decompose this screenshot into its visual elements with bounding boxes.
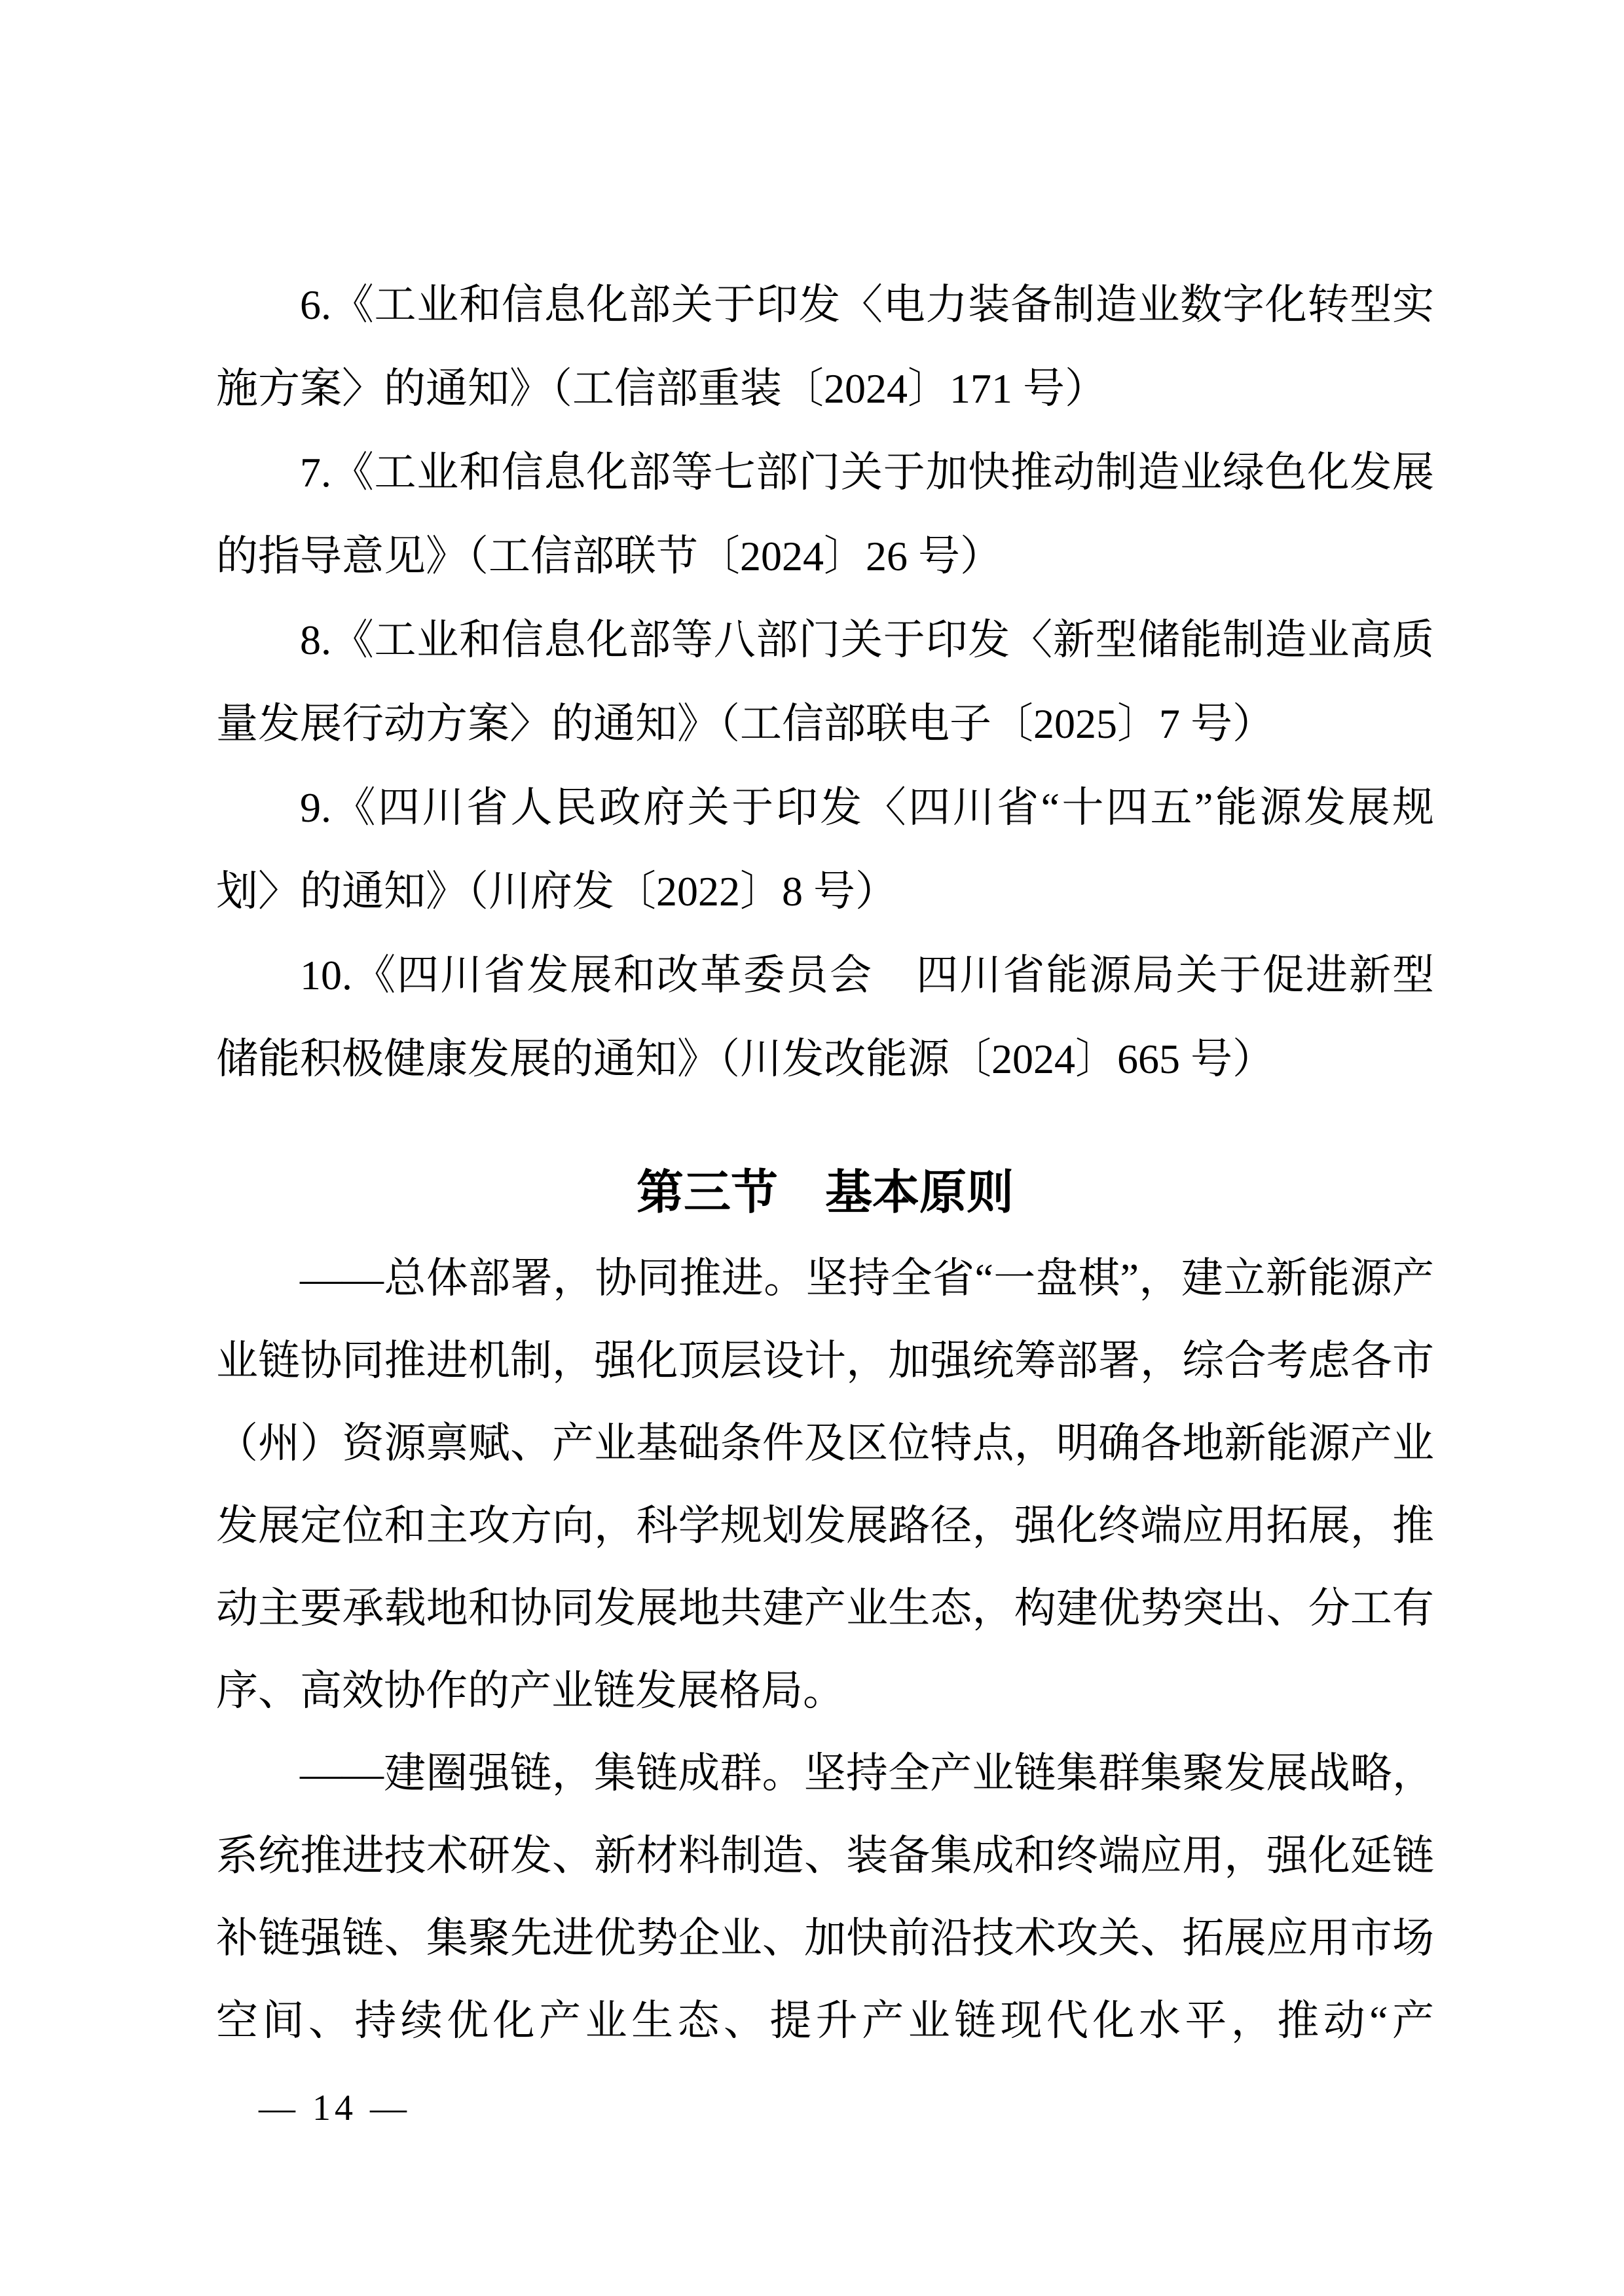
reference-text: 《四川省人民政府关于印发〈四川省“十四五”能源发展规划〉的通知》（川府发〔202…	[216, 784, 1434, 915]
section-heading: 第三节 基本原则	[216, 1165, 1434, 1220]
policy-paragraph: ——建圈强链，集链成群。坚持全产业链集群集聚发展战略，系统推进技术研发、新材料制…	[216, 1732, 1434, 2062]
reference-text: 《工业和信息化部关于印发〈电力装备制造业数字化转型实施方案〉的通知》（工信部重装…	[216, 282, 1434, 412]
reference-text: 《工业和信息化部等七部门关于加快推动制造业绿色化发展的指导意见》（工信部联节〔2…	[216, 449, 1434, 579]
reference-number: 7.	[300, 449, 331, 496]
reference-item: 7.《工业和信息化部等七部门关于加快推动制造业绿色化发展的指导意见》（工信部联节…	[216, 431, 1434, 598]
page-number: — 14 —	[259, 2088, 411, 2128]
reference-text: 《四川省发展和改革委员会 四川省能源局关于促进新型储能积极健康发展的通知》（川发…	[216, 952, 1434, 1082]
reference-number: 6.	[300, 282, 331, 328]
reference-item: 9.《四川省人民政府关于印发〈四川省“十四五”能源发展规划〉的通知》（川府发〔2…	[216, 766, 1434, 934]
reference-number: 8.	[300, 617, 331, 663]
reference-item: 10.《四川省发展和改革委员会 四川省能源局关于促进新型储能积极健康发展的通知》…	[216, 934, 1434, 1101]
document-page: 6.《工业和信息化部关于印发〈电力装备制造业数字化转型实施方案〉的通知》（工信部…	[0, 0, 1624, 2296]
reference-number: 9.	[300, 784, 331, 831]
reference-item: 8.《工业和信息化部等八部门关于印发〈新型储能制造业高质量发展行动方案〉的通知》…	[216, 598, 1434, 766]
reference-number: 10.	[300, 952, 352, 998]
reference-text: 《工业和信息化部等八部门关于印发〈新型储能制造业高质量发展行动方案〉的通知》（工…	[216, 617, 1434, 747]
document-body: 6.《工业和信息化部关于印发〈电力装备制造业数字化转型实施方案〉的通知》（工信部…	[216, 263, 1434, 2062]
reference-item: 6.《工业和信息化部关于印发〈电力装备制造业数字化转型实施方案〉的通知》（工信部…	[216, 263, 1434, 431]
policy-paragraph: ——总体部署，协同推进。坚持全省“一盘棋”，建立新能源产业链协同推进机制，强化顶…	[216, 1237, 1434, 1732]
